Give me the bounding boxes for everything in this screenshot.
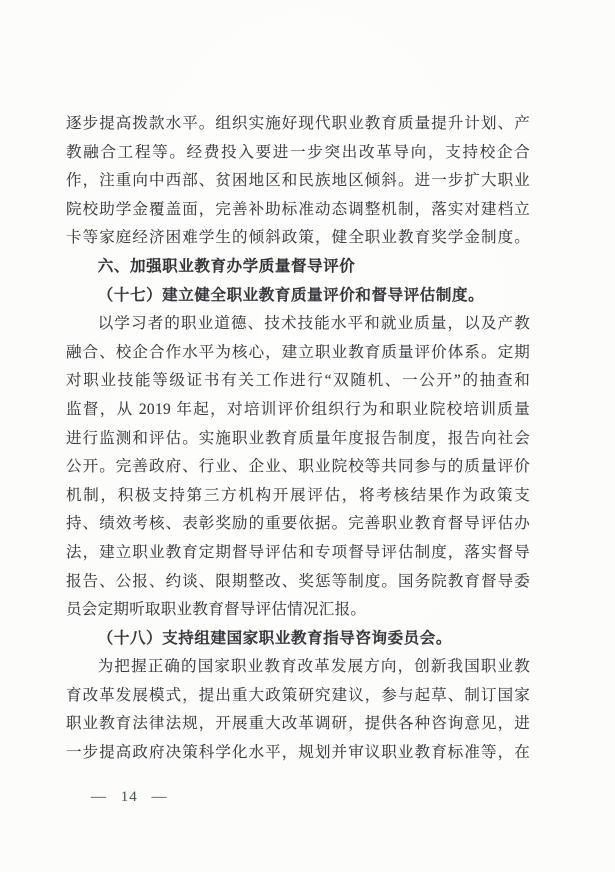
body-line: 逐步提高拨款水平。组织实施好现代职业教育质量提升计划、产 — [66, 110, 530, 139]
body-line: 融合、校企合作水平为核心，建立职业教育质量评价体系。定期 — [66, 339, 530, 368]
body-line: 持、绩效考核、表彰奖励的重要依据。完善职业教育督导评估办 — [66, 510, 530, 539]
body-line: 进行监测和评估。实施职业教育质量年度报告制度，报告向社会 — [66, 425, 530, 454]
body-line: 院校助学金覆盖面，完善补助标准动态调整机制，落实对建档立 — [66, 196, 530, 225]
body-line: 育改革发展模式，提出重大政策研究建议，参与起草、制订国家 — [66, 682, 530, 711]
clause-18-heading: （十八）支持组建国家职业教育指导咨询委员会。 — [66, 625, 530, 654]
body-line: 机制，积极支持第三方机构开展评估，将考核结果作为政策支 — [66, 482, 530, 511]
clause-17-heading: （十七）建立健全职业教育质量评价和督导评估制度。 — [66, 282, 530, 311]
body-line: 公开。完善政府、行业、企业、职业院校等共同参与的质量评价 — [66, 453, 530, 482]
body-line: 员会定期听取职业教育督导评估情况汇报。 — [66, 596, 530, 625]
body-line: 以学习者的职业道德、技术技能水平和就业质量，以及产教 — [66, 310, 530, 339]
scanned-document-page: 逐步提高拨款水平。组织实施好现代职业教育质量提升计划、产 教融合工程等。经费投入… — [0, 0, 615, 872]
page-number: — 14 — — [91, 787, 168, 807]
body-line: 报告、公报、约谈、限期整改、奖惩等制度。国务院教育督导委 — [66, 568, 530, 597]
body-line: 卡等家庭经济困难学生的倾斜政策，健全职业教育奖学金制度。 — [66, 224, 530, 253]
body-line: 法，建立职业教育定期督导评估和专项督导评估制度，落实督导 — [66, 539, 530, 568]
body-line: 为把握正确的国家职业教育改革发展方向，创新我国职业教 — [66, 653, 530, 682]
body-line: 对职业技能等级证书有关工作进行“双随机、一公开”的抽查和 — [66, 367, 530, 396]
body-line: 一步提高政府决策科学化水平，规划并审议职业教育标准等，在 — [66, 739, 530, 768]
body-line: 职业教育法律法规，开展重大改革调研，提供各种咨询意见，进 — [66, 710, 530, 739]
body-line: 教融合工程等。经费投入要进一步突出改革导向，支持校企合 — [66, 139, 530, 168]
body-line: 监督，从 2019 年起，对培训评价组织行为和职业院校培训质量 — [66, 396, 530, 425]
body-line: 作，注重向中西部、贫困地区和民族地区倾斜。进一步扩大职业 — [66, 167, 530, 196]
document-text-block: 逐步提高拨款水平。组织实施好现代职业教育质量提升计划、产 教融合工程等。经费投入… — [66, 110, 530, 768]
section-heading-6: 六、加强职业教育办学质量督导评价 — [66, 253, 530, 282]
